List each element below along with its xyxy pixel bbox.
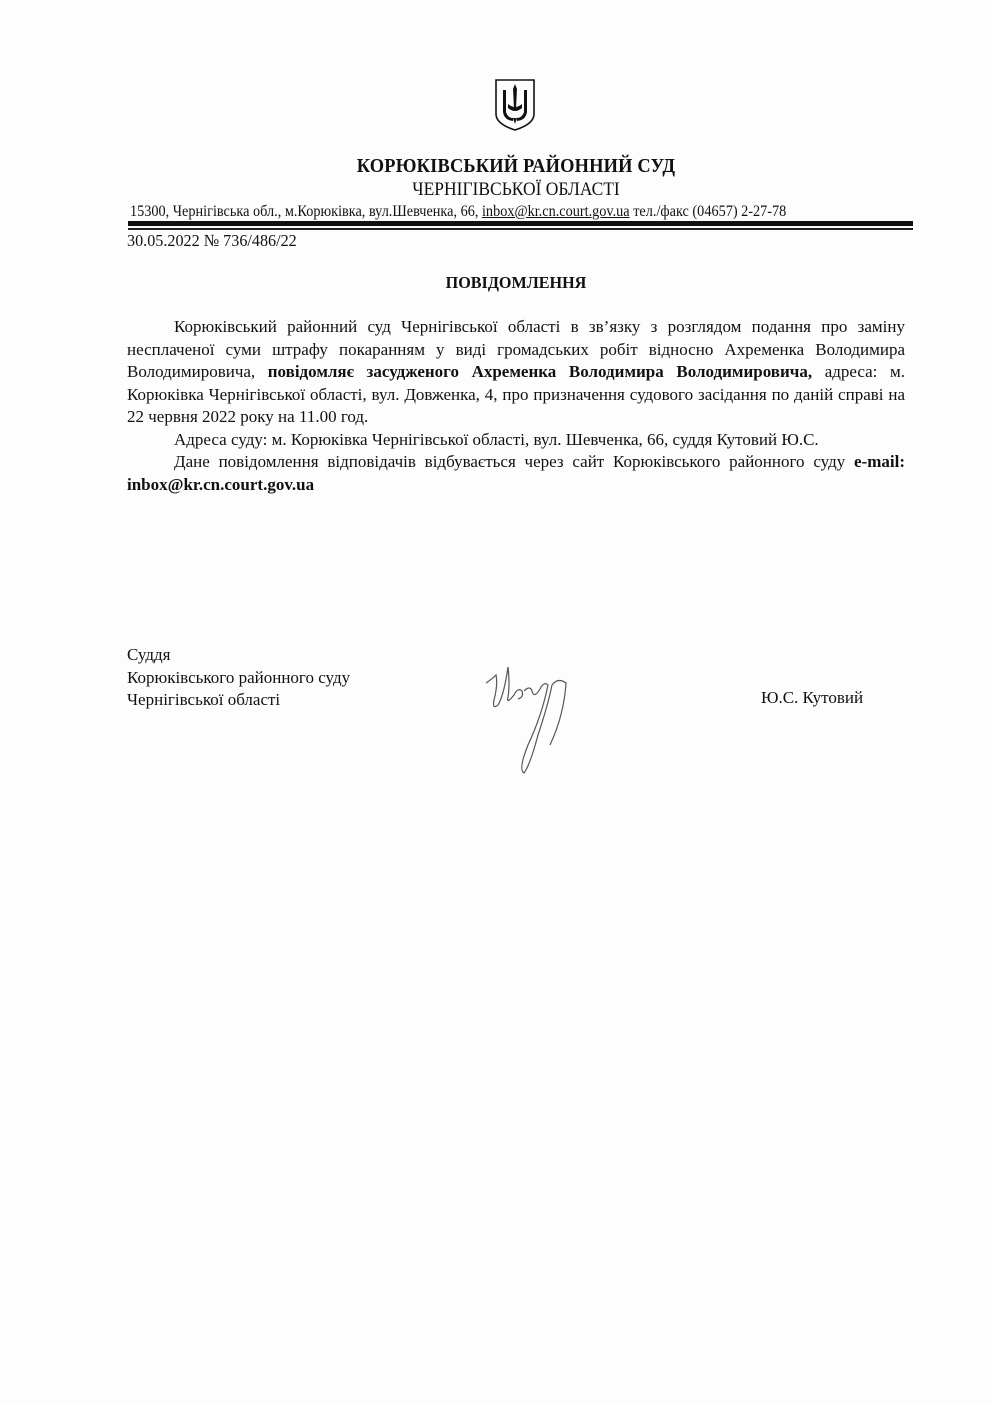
number-sign: № bbox=[204, 231, 219, 250]
handwritten-signature-icon bbox=[478, 655, 608, 780]
document-reference: 30.05.2022 № 736/486/22 bbox=[127, 231, 297, 251]
court-region: ЧЕРНІГІВСЬКОЇ ОБЛАСТІ bbox=[41, 179, 990, 201]
document-title: ПОВІДОМЛЕННЯ bbox=[26, 273, 992, 293]
ukraine-coat-of-arms-icon bbox=[494, 78, 536, 132]
paragraph-court-address: Адреса суду: м. Корюківка Чернігівської … bbox=[127, 429, 905, 452]
signature-block: Суддя Корюківського районного суду Черні… bbox=[127, 644, 350, 712]
court-name: КОРЮКІВСЬКИЙ РАЙОННИЙ СУД bbox=[41, 155, 990, 178]
paragraph-text: Дане повідомлення відповідачів відбуваєт… bbox=[174, 452, 854, 471]
paragraph-bold-text: повідомляє засудженого Ахременка Володим… bbox=[268, 362, 812, 381]
court-email-link[interactable]: inbox@kr.cn.court.gov.ua bbox=[482, 203, 630, 220]
document-body: Корюківський районний суд Чернігівської … bbox=[127, 316, 905, 496]
document-number: 736/486/22 bbox=[223, 231, 297, 250]
paragraph-website: Дане повідомлення відповідачів відбуваєт… bbox=[127, 451, 905, 496]
signer-title: Суддя bbox=[127, 644, 350, 667]
header-divider-thin bbox=[128, 228, 913, 230]
court-phone: тел./факс (04657) 2-27-78 bbox=[630, 203, 787, 220]
header-divider-thick bbox=[128, 221, 913, 226]
document-page: КОРЮКІВСЬКИЙ РАЙОННИЙ СУД ЧЕРНІГІВСЬКОЇ … bbox=[0, 0, 992, 1403]
signer-region: Чернігівської області bbox=[127, 689, 350, 712]
document-date: 30.05.2022 bbox=[127, 231, 200, 250]
court-address: 15300, Чернігівська обл., м.Корюківка, в… bbox=[130, 203, 482, 220]
paragraph-notice: Корюківський районний суд Чернігівської … bbox=[127, 316, 905, 429]
court-address-line: 15300, Чернігівська обл., м.Корюківка, в… bbox=[130, 203, 786, 221]
signer-court: Корюківського районного суду bbox=[127, 667, 350, 690]
signer-name: Ю.С. Кутовий bbox=[761, 688, 863, 708]
